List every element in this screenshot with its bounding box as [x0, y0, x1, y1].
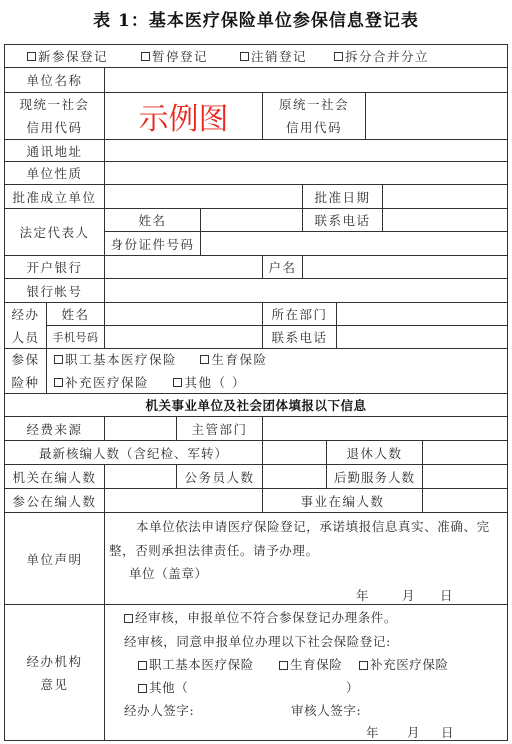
insurance-row-2: 补充医疗保险 其他（ ） — [54, 371, 246, 394]
bank-label: 开户银行 — [4, 255, 105, 279]
handler-phone-label: 联系电话 — [262, 325, 337, 349]
organ-staff-label: 机关在编人数 — [4, 464, 105, 489]
agency-supplement-option[interactable]: 补充医疗保险 — [359, 655, 449, 673]
approving-unit-field[interactable] — [104, 184, 303, 209]
handler-name-field[interactable] — [104, 302, 263, 326]
option-label: 职工基本医疗保险 — [65, 348, 177, 371]
supervisor-field[interactable] — [262, 416, 508, 441]
old-credit-code-label: 原统一社会 信用代码 — [262, 92, 366, 140]
option-label: 其他（ ） — [184, 371, 245, 394]
insurance-row-1: 职工基本医疗保险 生育保险 — [54, 348, 268, 371]
option-label: 生育保险 — [211, 348, 267, 371]
civil-servants-field[interactable] — [262, 464, 327, 489]
legal-rep-name-field[interactable] — [200, 208, 303, 232]
funding-source-field[interactable] — [104, 416, 177, 441]
reg-cancel-label: 注销登记 — [251, 47, 307, 65]
bank-field[interactable] — [104, 255, 263, 279]
reg-new-option[interactable]: 新参保登记 — [27, 47, 141, 65]
unit-name-field[interactable] — [104, 67, 508, 93]
current-credit-code-field[interactable]: 示例图 — [104, 92, 263, 140]
checkbox-icon[interactable] — [54, 378, 63, 387]
checkbox-icon[interactable] — [27, 52, 36, 61]
agency-year: 年 — [366, 723, 380, 741]
reg-cancel-option[interactable]: 注销登记 — [240, 47, 334, 65]
checkbox-icon[interactable] — [200, 355, 209, 364]
ref-civil-staff-label: 参公在编人数 — [4, 488, 105, 513]
handler-dept-field[interactable] — [336, 302, 508, 326]
insurance-other-option[interactable]: 其他（ ） — [173, 371, 245, 394]
civil-servants-label: 公务员人数 — [176, 464, 263, 489]
declaration-line-2: 整，否则承担法律责任。请予办理。 — [109, 541, 319, 559]
organ-staff-field[interactable] — [104, 464, 177, 489]
label-line: 原统一社会 — [279, 93, 349, 116]
option-label: 补充医疗保险 — [370, 657, 449, 672]
unit-nature-field[interactable] — [104, 161, 508, 185]
reg-split-label: 拆分合并分立 — [345, 47, 429, 65]
option-label: 职工基本医疗保险 — [149, 657, 254, 672]
insurance-options: 职工基本医疗保险 生育保险 补充医疗保险 其他（ ） — [46, 348, 508, 394]
current-credit-code-label: 现统一社会 信用代码 — [4, 92, 105, 140]
label-line: 信用代码 — [286, 116, 342, 139]
address-label: 通讯地址 — [4, 139, 105, 162]
label-line: 现统一社会 — [19, 93, 89, 116]
legal-rep-id-label: 身份证件号码 — [104, 231, 201, 256]
label-line: 人员 — [11, 326, 39, 349]
agency-approve-text: 经审核，同意申报单位办理以下社会保险登记: — [124, 632, 391, 650]
unit-name-label: 单位名称 — [4, 67, 105, 93]
agency-day: 日 — [441, 723, 455, 741]
checkbox-icon[interactable] — [141, 52, 150, 61]
supervisor-label: 主管部门 — [176, 416, 263, 441]
registration-type-row: 新参保登记 暂停登记 注销登记 拆分合并分立 — [4, 44, 508, 68]
checkbox-icon[interactable] — [138, 661, 147, 670]
retirees-label: 退休人数 — [326, 440, 423, 465]
institution-staff-label: 事业在编人数 — [262, 488, 423, 513]
checkbox-icon[interactable] — [279, 661, 288, 670]
insurance-maternity-option[interactable]: 生育保险 — [200, 348, 267, 371]
handler-name-label: 姓名 — [46, 302, 105, 326]
gov-section-header: 机关事业单位及社会团体填报以下信息 — [4, 393, 508, 417]
checkbox-icon[interactable] — [124, 614, 133, 623]
address-field[interactable] — [104, 139, 508, 162]
checkbox-icon[interactable] — [334, 52, 343, 61]
label-line: 险种 — [11, 371, 39, 394]
option-label: 补充医疗保险 — [65, 371, 149, 394]
checkbox-icon[interactable] — [359, 661, 368, 670]
logistics-label: 后勤服务人数 — [326, 464, 423, 489]
legal-rep-label: 法定代表人 — [4, 208, 105, 256]
account-name-field[interactable] — [302, 255, 508, 279]
declaration-month: 月 — [402, 586, 416, 604]
handler-phone-field[interactable] — [336, 325, 508, 349]
handler-mobile-field[interactable] — [104, 325, 263, 349]
bank-account-label: 银行帐号 — [4, 278, 105, 303]
legal-rep-phone-field[interactable] — [382, 208, 508, 232]
label-line: 意见 — [40, 673, 68, 696]
legal-rep-name-label: 姓名 — [104, 208, 201, 232]
ref-civil-staff-field[interactable] — [104, 488, 263, 513]
agency-month: 月 — [407, 723, 421, 741]
agency-opinion-label: 经办机构 意见 — [4, 604, 105, 741]
agency-other-option[interactable]: 其他（ — [138, 678, 188, 696]
latest-quota-label: 最新核编人数（含纪检、军转） — [4, 440, 263, 465]
unit-nature-label: 单位性质 — [4, 161, 105, 185]
approval-date-field[interactable] — [382, 184, 508, 209]
checkbox-icon[interactable] — [173, 378, 182, 387]
reg-new-label: 新参保登记 — [38, 47, 108, 65]
insurance-type-label: 参保 险种 — [4, 348, 47, 394]
option-label: 经审核，申报单位不符合参保登记办理条件。 — [135, 610, 397, 625]
bank-account-field[interactable] — [104, 278, 508, 303]
checkbox-icon[interactable] — [138, 684, 147, 693]
declaration-year: 年 — [356, 586, 370, 604]
approving-unit-label: 批准成立单位 — [4, 184, 105, 209]
label-line: 参保 — [11, 348, 39, 371]
declaration-label: 单位声明 — [4, 512, 105, 605]
agency-reject-option[interactable]: 经审核，申报单位不符合参保登记办理条件。 — [124, 608, 397, 626]
sample-watermark: 示例图 — [139, 94, 229, 138]
agency-other-close: ） — [346, 678, 360, 696]
declaration-line-1: 本单位依法申请医疗保险登记，承诺填报信息真实、准确、完 — [136, 517, 490, 535]
option-label: 生育保险 — [290, 657, 342, 672]
institution-staff-field[interactable] — [422, 488, 508, 513]
reg-suspend-option[interactable]: 暂停登记 — [141, 47, 240, 65]
insurance-basic-option[interactable]: 职工基本医疗保险 — [54, 348, 195, 371]
retirees-field[interactable] — [422, 440, 508, 465]
agency-basic-option[interactable]: 职工基本医疗保险 — [138, 655, 254, 673]
insurance-supplement-option[interactable]: 补充医疗保险 — [54, 371, 168, 394]
account-name-label: 户名 — [262, 255, 303, 279]
handler-mobile-label: 手机号码 — [46, 325, 105, 349]
legal-rep-phone-label: 联系电话 — [302, 208, 383, 232]
old-credit-code-field[interactable] — [365, 92, 508, 140]
label-line: 信用代码 — [26, 116, 82, 139]
checkbox-icon[interactable] — [54, 355, 63, 364]
reviewer-signature-label: 审核人签字: — [291, 701, 361, 719]
approval-date-label: 批准日期 — [302, 184, 383, 209]
handler-dept-label: 所在部门 — [262, 302, 337, 326]
agency-maternity-option[interactable]: 生育保险 — [279, 655, 342, 673]
legal-rep-id-field[interactable] — [200, 231, 508, 256]
declaration-day: 日 — [440, 586, 454, 604]
reg-suspend-label: 暂停登记 — [152, 47, 208, 65]
option-label: 其他（ — [149, 680, 188, 695]
reg-split-option[interactable]: 拆分合并分立 — [334, 47, 429, 65]
declaration-seal: 单位（盖章） — [129, 564, 208, 582]
handler-signature-label: 经办人签字: — [124, 701, 194, 719]
checkbox-icon[interactable] — [240, 52, 249, 61]
handler-label: 经办 人员 — [4, 302, 47, 349]
form-title: 表 1：基本医疗保险单位参保信息登记表 — [0, 6, 512, 31]
latest-quota-field[interactable] — [262, 440, 327, 465]
logistics-field[interactable] — [422, 464, 508, 489]
label-line: 经办机构 — [26, 650, 82, 673]
label-line: 经办 — [11, 303, 39, 326]
funding-source-label: 经费来源 — [4, 416, 105, 441]
